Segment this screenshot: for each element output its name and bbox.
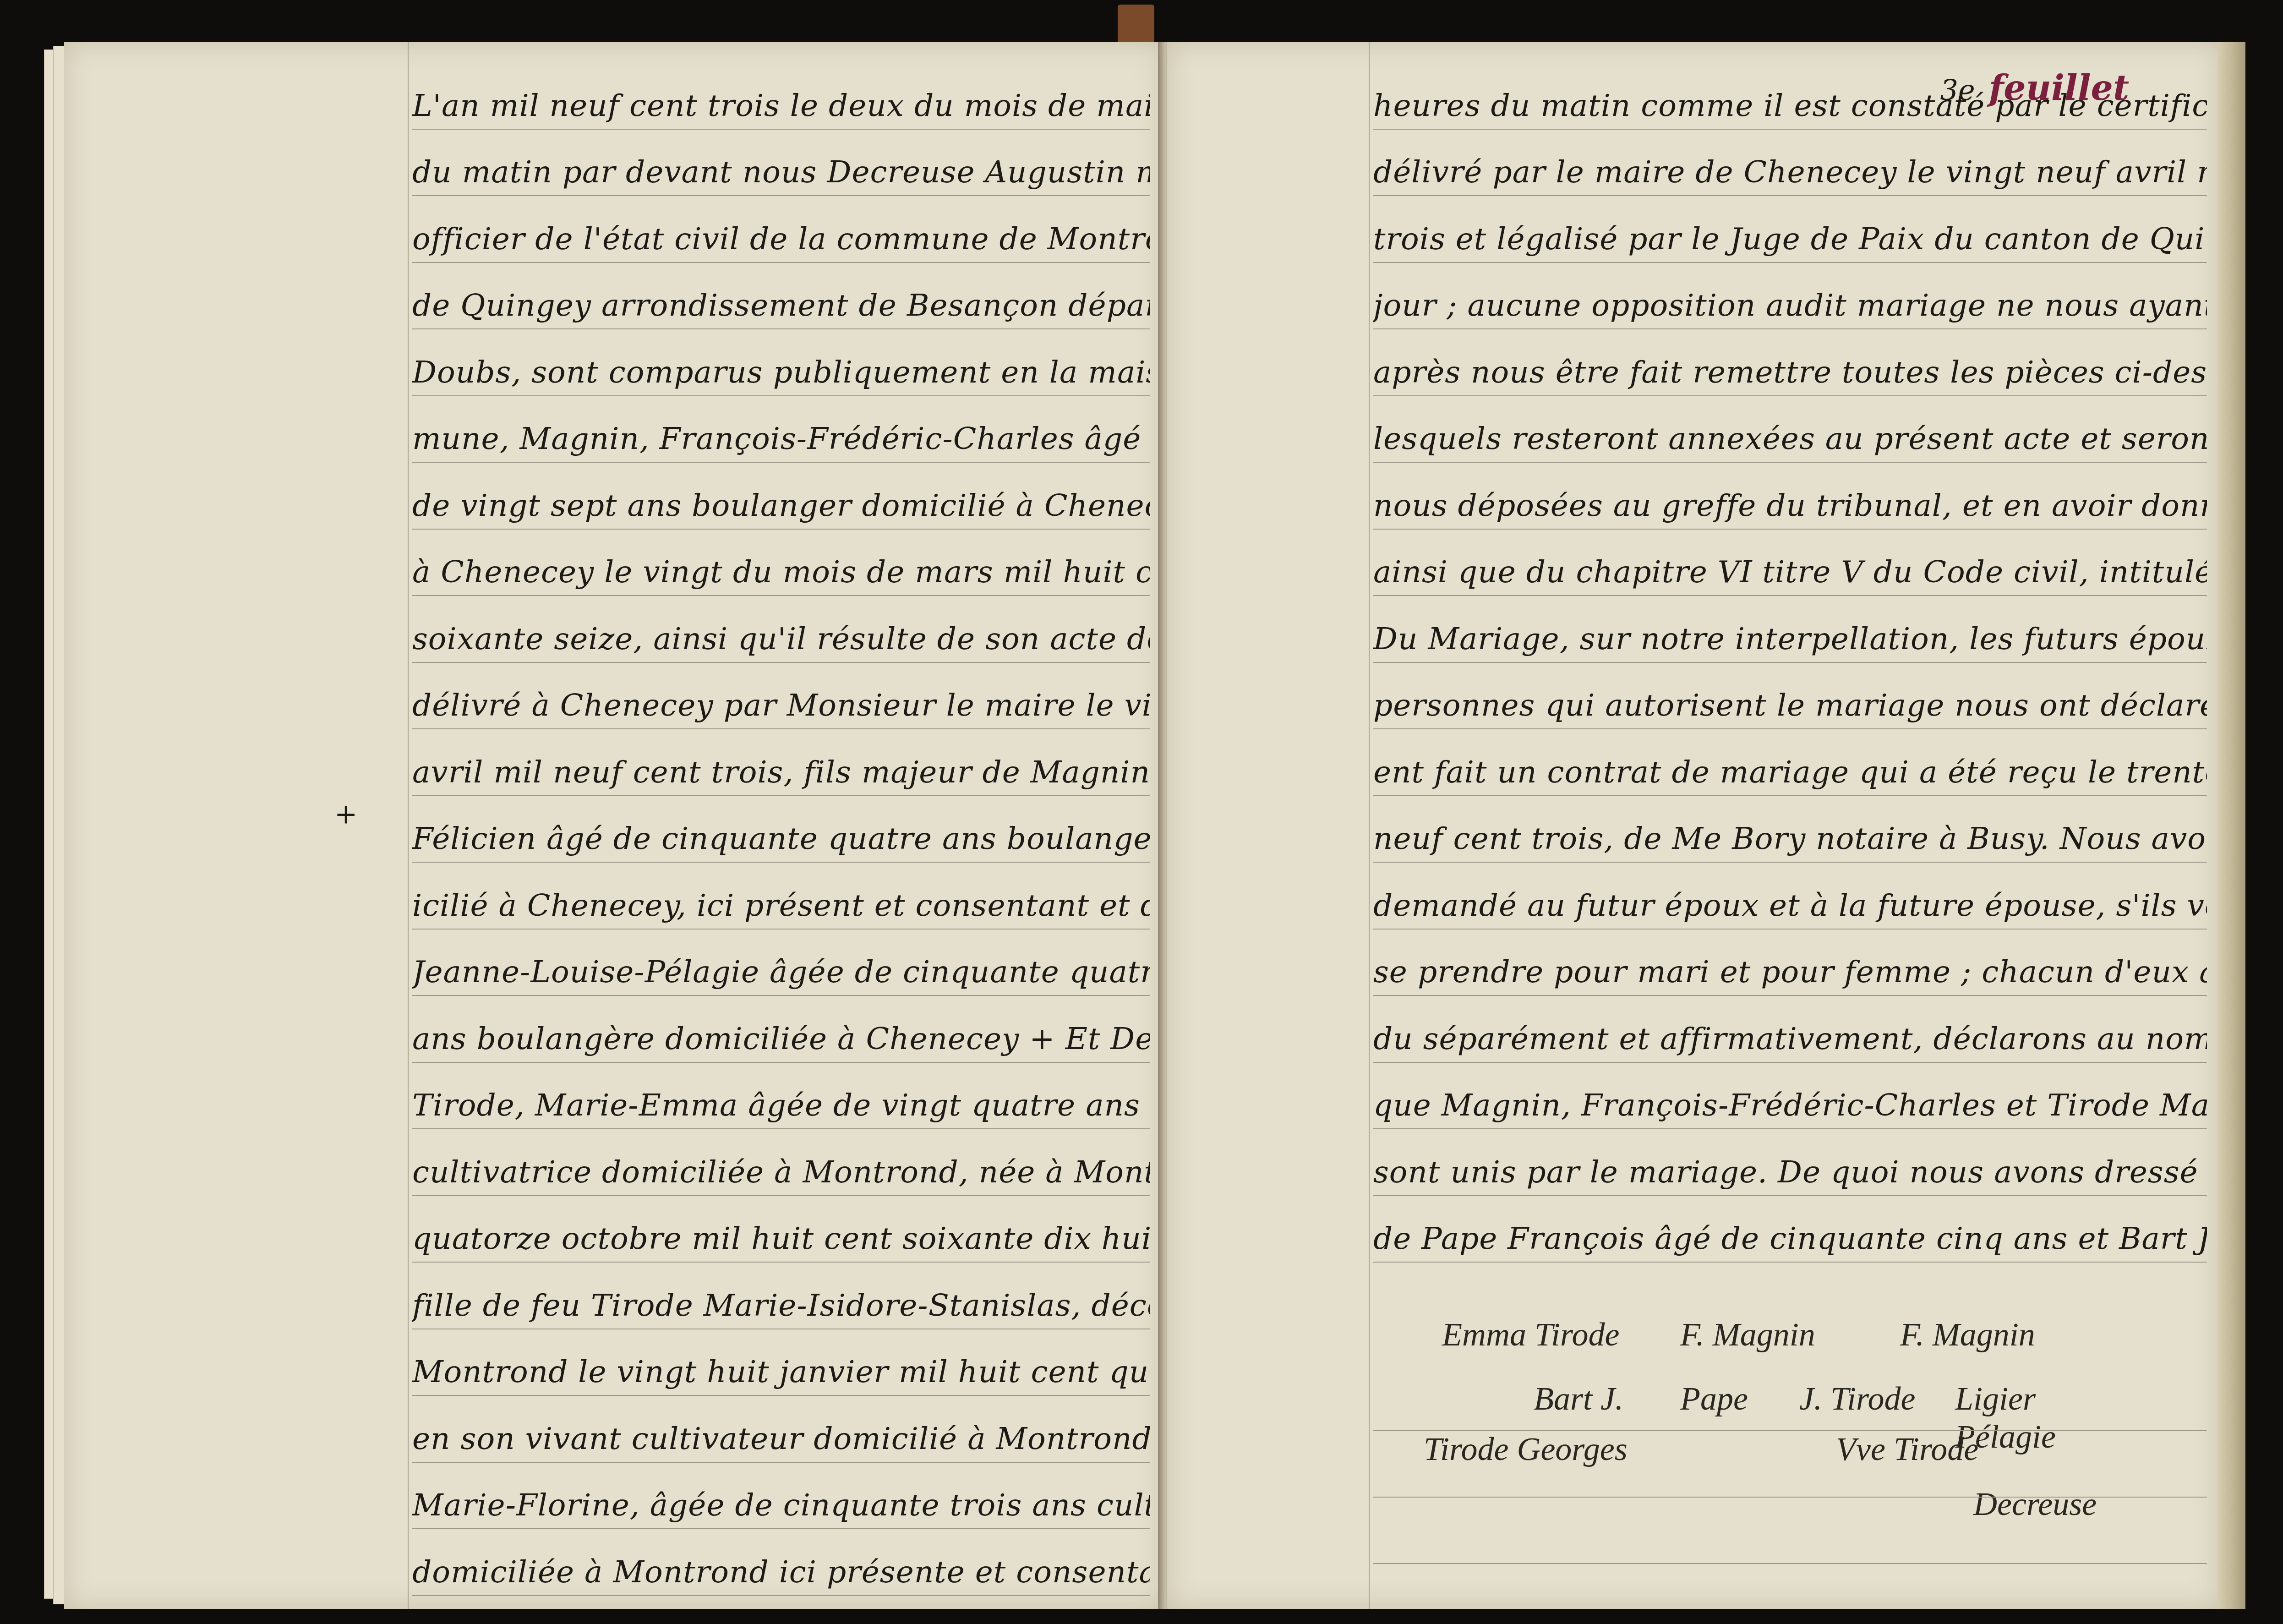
- text-line: du séparément et affirmativement, déclar…: [1373, 996, 2207, 1063]
- left-page: + L'an mil neuf cent trois le deux du mo…: [64, 42, 1165, 1609]
- text-line: de Quingey arrondissement de Besançon dé…: [412, 263, 1150, 330]
- signature: Emma Tirode: [1442, 1316, 1619, 1354]
- text-line: cultivatrice domiciliée à Montrond, née …: [412, 1129, 1150, 1196]
- text-line: trois et légalisé par le Juge de Paix du…: [1373, 196, 2207, 263]
- text-line: jour ; aucune opposition audit mariage n…: [1373, 263, 2207, 330]
- text-line: demandé au futur époux et à la future ép…: [1373, 863, 2207, 930]
- text-line: lesquels resteront annexées au présent a…: [1373, 396, 2207, 463]
- ruled-line: [1373, 1497, 2207, 1498]
- text-line: Doubs, sont comparus publiquement en la …: [412, 329, 1150, 396]
- text-line: délivré à Chenecey par Monsieur le maire…: [412, 663, 1150, 730]
- text-line: officier de l'état civil de la commune d…: [412, 196, 1150, 263]
- signature: Tirode Georges: [1424, 1430, 1628, 1468]
- text-line: personnes qui autorisent le mariage nous…: [1373, 663, 2207, 730]
- text-line: sont unis par le mariage. De quoi nous a…: [1373, 1129, 2207, 1196]
- right-page-stack-edge: [2218, 42, 2245, 1609]
- text-line: ent fait un contrat de mariage qui a été…: [1373, 729, 2207, 796]
- text-line: que Magnin, François-Frédéric-Charles et…: [1373, 1063, 2207, 1130]
- text-line: à Chenecey le vingt du mois de mars mil …: [412, 530, 1150, 596]
- ruled-line: [1373, 1430, 2207, 1431]
- text-line: après nous être fait remettre toutes les…: [1373, 329, 2207, 396]
- text-line: mune, Magnin, François-Frédéric-Charles …: [412, 396, 1150, 463]
- text-line: Jeanne-Louise-Pélagie âgée de cinquante …: [412, 930, 1150, 996]
- text-line: nous déposées au greffe du tribunal, et …: [1373, 463, 2207, 530]
- text-line: Tirode, Marie-Emma âgée de vingt quatre …: [412, 1063, 1150, 1130]
- text-line: se prendre pour mari et pour femme ; cha…: [1373, 930, 2207, 996]
- text-line: de vingt sept ans boulanger domicilié à …: [412, 463, 1150, 530]
- text-line: du matin par devant nous Decreuse August…: [412, 130, 1150, 197]
- right-page-text: heures du matin comme il est constaté pa…: [1373, 63, 2207, 1263]
- signature: F. Magnin: [1900, 1316, 2035, 1354]
- text-line: de Pape François âgé de cinquante cinq a…: [1373, 1196, 2207, 1263]
- right-page: 3efeuillet heures du matin comme il est …: [1167, 42, 2221, 1609]
- signature: Pape: [1680, 1380, 1748, 1418]
- text-line: quatorze octobre mil huit cent soixante …: [412, 1196, 1150, 1263]
- text-line: Montrond le vingt huit janvier mil huit …: [412, 1329, 1150, 1396]
- text-line: heures du matin comme il est constaté pa…: [1373, 63, 2207, 130]
- left-page-text: L'an mil neuf cent trois le deux du mois…: [412, 63, 1150, 1596]
- text-line: domiciliée à Montrond ici présente et co…: [412, 1529, 1150, 1596]
- text-line: en son vivant cultivateur domicilié à Mo…: [412, 1396, 1150, 1463]
- margin-rule: [408, 42, 409, 1609]
- text-line: Du Mariage, sur notre interpellation, le…: [1373, 596, 2207, 663]
- signature: Vve Tirode: [1836, 1430, 1978, 1468]
- text-line: ans boulangère domiciliée à Chenecey + E…: [412, 996, 1150, 1063]
- text-line: ainsi que du chapitre VI titre V du Code…: [1373, 530, 2207, 596]
- text-line: soixante seize, ainsi qu'il résulte de s…: [412, 596, 1150, 663]
- signatures: Emma Tirode F. Magnin F. Magnin Bart J. …: [1424, 1316, 2111, 1591]
- margin-rule: [1369, 42, 1370, 1609]
- text-line: L'an mil neuf cent trois le deux du mois…: [412, 63, 1150, 130]
- text-line: Félicien âgé de cinquante quatre ans bou…: [412, 796, 1150, 863]
- signature: J. Tirode: [1799, 1380, 1915, 1418]
- text-line: avril mil neuf cent trois, fils majeur d…: [412, 729, 1150, 796]
- text-line: délivré par le maire de Chenecey le ving…: [1373, 130, 2207, 197]
- text-line: Marie-Florine, âgée de cinquante trois a…: [412, 1463, 1150, 1530]
- text-line: neuf cent trois, de Me Bory notaire à Bu…: [1373, 796, 2207, 863]
- signature: Bart J.: [1534, 1380, 1623, 1418]
- text-line: icilié à Chenecey, ici présent et consen…: [412, 863, 1150, 930]
- text-line: fille de feu Tirode Marie-Isidore-Stanis…: [412, 1263, 1150, 1329]
- ruled-line: [1373, 1563, 2207, 1564]
- margin-insert-mark: +: [334, 798, 357, 830]
- signature: F. Magnin: [1680, 1316, 1815, 1354]
- signature: Decreuse: [1973, 1485, 2097, 1523]
